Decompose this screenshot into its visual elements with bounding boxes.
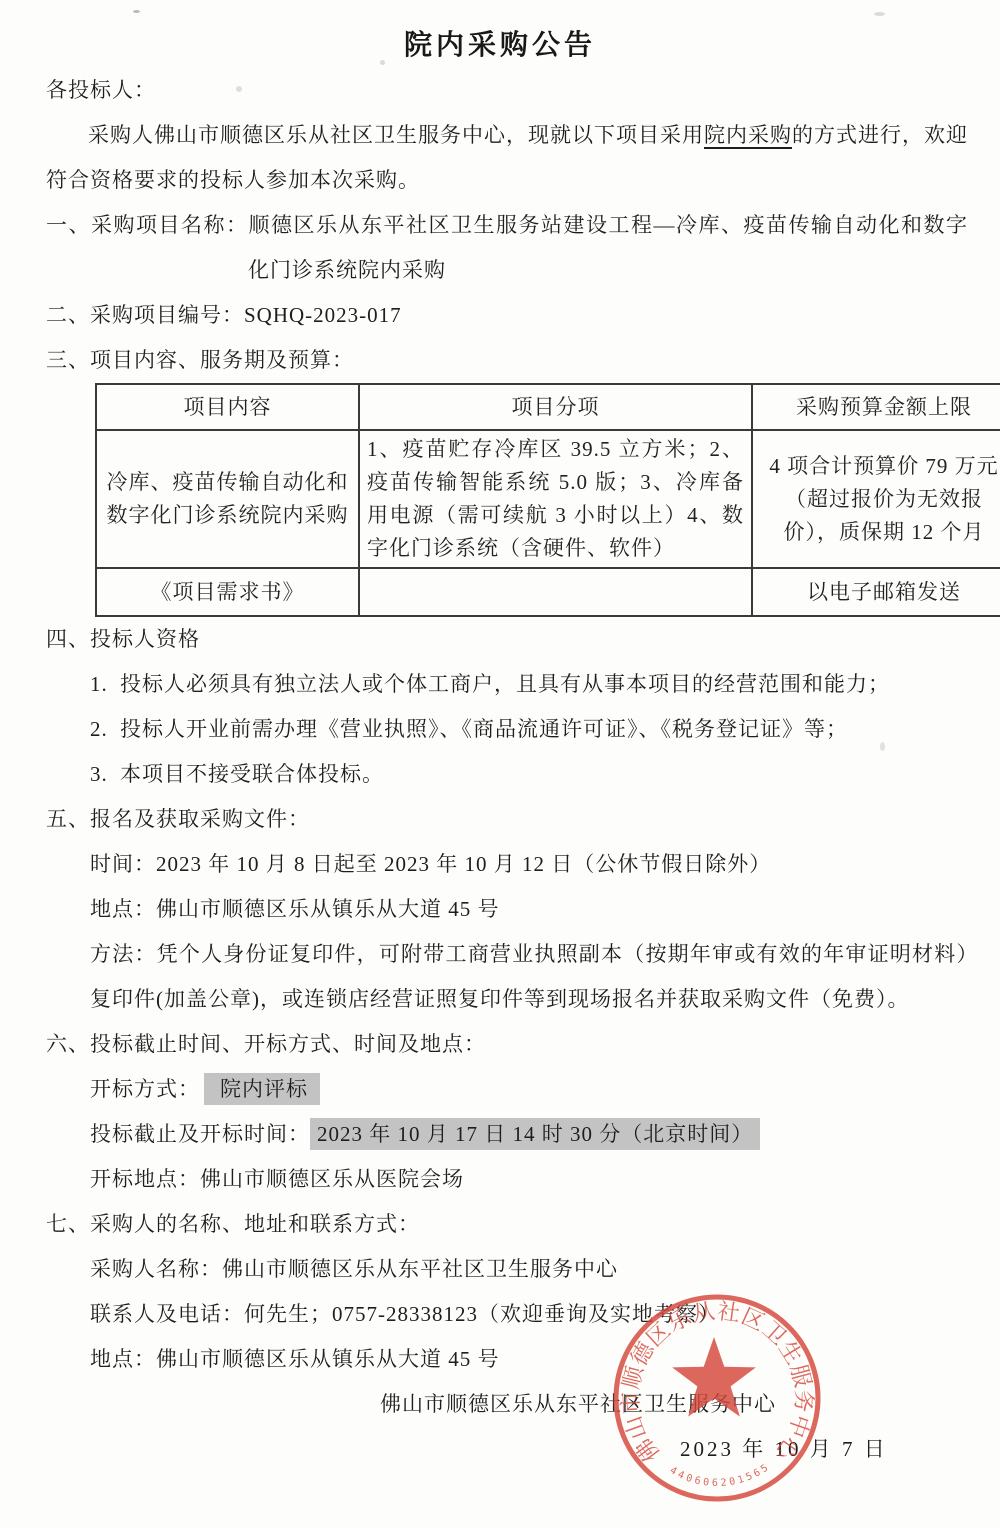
section-1-label: 采购项目名称： — [91, 213, 249, 237]
section-4-label: 投标人资格 — [90, 627, 200, 651]
item-number: 2. — [90, 707, 120, 752]
section-2-value: SQHQ-2023-017 — [244, 303, 402, 327]
scan-speck — [133, 10, 140, 13]
registration-time: 时间：2023 年 10 月 8 日起至 2023 年 10 月 12 日（公休… — [90, 842, 968, 887]
document-page: 院内采购公告 各投标人： 采购人佛山市顺德区乐从社区卫生服务中心，现就以下项目采… — [0, 0, 1000, 1528]
bid-opening-method-label: 开标方式： — [90, 1077, 200, 1101]
bid-opening-method-value-highlighted: 院内评标 — [204, 1073, 320, 1105]
intro-text-pre: 采购人佛山市顺德区乐从社区卫生服务中心，现就以下项目采用 — [88, 123, 704, 147]
qualification-item: 2.投标人开业前需办理《营业执照》、《商品流通许可证》、《税务登记证》等； — [90, 707, 968, 752]
section-5-number: 五、 — [46, 807, 90, 831]
section-2-label: 采购项目编号： — [90, 303, 244, 327]
section-4-heading: 四、投标人资格 — [46, 617, 968, 662]
scan-speck — [236, 86, 242, 92]
table-header-row: 项目内容 项目分项 采购预算金额上限 — [96, 384, 1000, 430]
section-7-label: 采购人的名称、地址和联系方式： — [90, 1212, 420, 1236]
section-2-project-code: 二、采购项目编号：SQHQ-2023-017 — [46, 293, 968, 338]
intro-paragraph: 采购人佛山市顺德区乐从社区卫生服务中心，现就以下项目采用院内采购的方式进行，欢迎… — [46, 113, 968, 203]
document-body: 各投标人： 采购人佛山市顺德区乐从社区卫生服务中心，现就以下项目采用院内采购的方… — [46, 68, 968, 1472]
table-row: 冷库、疫苗传输自动化和数字化门诊系统院内采购 1、疫苗贮存冷库区 39.5 立方… — [96, 430, 1000, 568]
section-1-value: 顺德区乐从东平社区卫生服务站建设工程—冷库、疫苗传输自动化和数字化门诊系统院内采… — [248, 213, 968, 282]
section-5-heading: 五、报名及获取采购文件： — [46, 797, 968, 842]
table-cell-empty — [359, 568, 752, 616]
section-5-label: 报名及获取采购文件： — [90, 807, 310, 831]
item-number: 1. — [90, 662, 120, 707]
bid-deadline-label: 投标截止及开标时间： — [90, 1122, 310, 1146]
table-row: 《项目需求书》 以电子邮箱发送 — [96, 568, 1000, 616]
section-6-number: 六、 — [46, 1032, 90, 1056]
bid-deadline-value-highlighted: 2023 年 10 月 17 日 14 时 30 分（北京时间） — [310, 1118, 760, 1150]
section-3-number: 三、 — [46, 348, 90, 372]
section-4-number: 四、 — [46, 627, 90, 651]
table-cell-requirements-doc: 《项目需求书》 — [96, 568, 359, 616]
scan-speck — [874, 12, 885, 16]
item-number: 3. — [90, 752, 120, 797]
section-1-project-name: 一、采购项目名称：顺德区乐从东平社区卫生服务站建设工程—冷库、疫苗传输自动化和数… — [46, 203, 968, 293]
section-6-label: 投标截止时间、开标方式、时间及地点： — [90, 1032, 486, 1056]
item-text: 投标人开业前需办理《营业执照》、《商品流通许可证》、《税务登记证》等； — [120, 717, 848, 741]
table-cell-delivery: 以电子邮箱发送 — [752, 568, 1000, 616]
table-cell-content: 冷库、疫苗传输自动化和数字化门诊系统院内采购 — [96, 430, 359, 568]
section-2-number: 二、 — [46, 303, 90, 327]
registration-method: 方法：凭个人身份证复印件，可附带工商营业执照副本（按期年审或有效的年审证明材料）… — [90, 932, 968, 1022]
table-header-items: 项目分项 — [359, 384, 752, 430]
budget-table: 项目内容 项目分项 采购预算金额上限 冷库、疫苗传输自动化和数字化门诊系统院内采… — [95, 383, 1000, 617]
item-text: 投标人必须具有独立法人或个体工商户，且具有从事本项目的经营范围和能力； — [120, 672, 890, 696]
official-seal-stamp: 佛山市顺德区乐从社区卫生服务中心 4406062015653 — [597, 1283, 837, 1523]
table-cell-items: 1、疫苗贮存冷库区 39.5 立方米；2、疫苗传输智能系统 5.0 版；3、冷库… — [359, 430, 752, 568]
qualification-item: 3.本项目不接受联合体投标。 — [90, 752, 968, 797]
table-header-budget: 采购预算金额上限 — [752, 384, 1000, 430]
page-title: 院内采购公告 — [0, 0, 1000, 66]
section-1-number: 一、 — [46, 213, 91, 237]
section-3-heading: 三、项目内容、服务期及预算： — [46, 338, 968, 383]
table-cell-budget: 4 项合计预算价 79 万元（超过报价为无效报价），质保期 12 个月 — [752, 430, 1000, 568]
section-7-number: 七、 — [46, 1212, 90, 1236]
scan-speck — [380, 60, 385, 65]
registration-place: 地点：佛山市顺德区乐从镇乐从大道 45 号 — [90, 887, 968, 932]
scan-speck — [880, 742, 885, 751]
section-3-label: 项目内容、服务期及预算： — [90, 348, 354, 372]
qualification-item: 1.投标人必须具有独立法人或个体工商户，且具有从事本项目的经营范围和能力； — [90, 662, 968, 707]
bid-opening-method-line: 开标方式：院内评标 — [90, 1067, 968, 1112]
table-header-content: 项目内容 — [96, 384, 359, 430]
section-6-heading: 六、投标截止时间、开标方式、时间及地点： — [46, 1022, 968, 1067]
bid-opening-place: 开标地点：佛山市顺德区乐从医院会场 — [90, 1157, 968, 1202]
item-text: 本项目不接受联合体投标。 — [120, 762, 384, 786]
bid-deadline-line: 投标截止及开标时间：2023 年 10 月 17 日 14 时 30 分（北京时… — [90, 1112, 968, 1157]
intro-underlined-term: 院内采购 — [704, 123, 792, 147]
salutation: 各投标人： — [46, 68, 968, 113]
seal-star-icon — [672, 1337, 756, 1417]
section-7-heading: 七、采购人的名称、地址和联系方式： — [46, 1202, 968, 1247]
